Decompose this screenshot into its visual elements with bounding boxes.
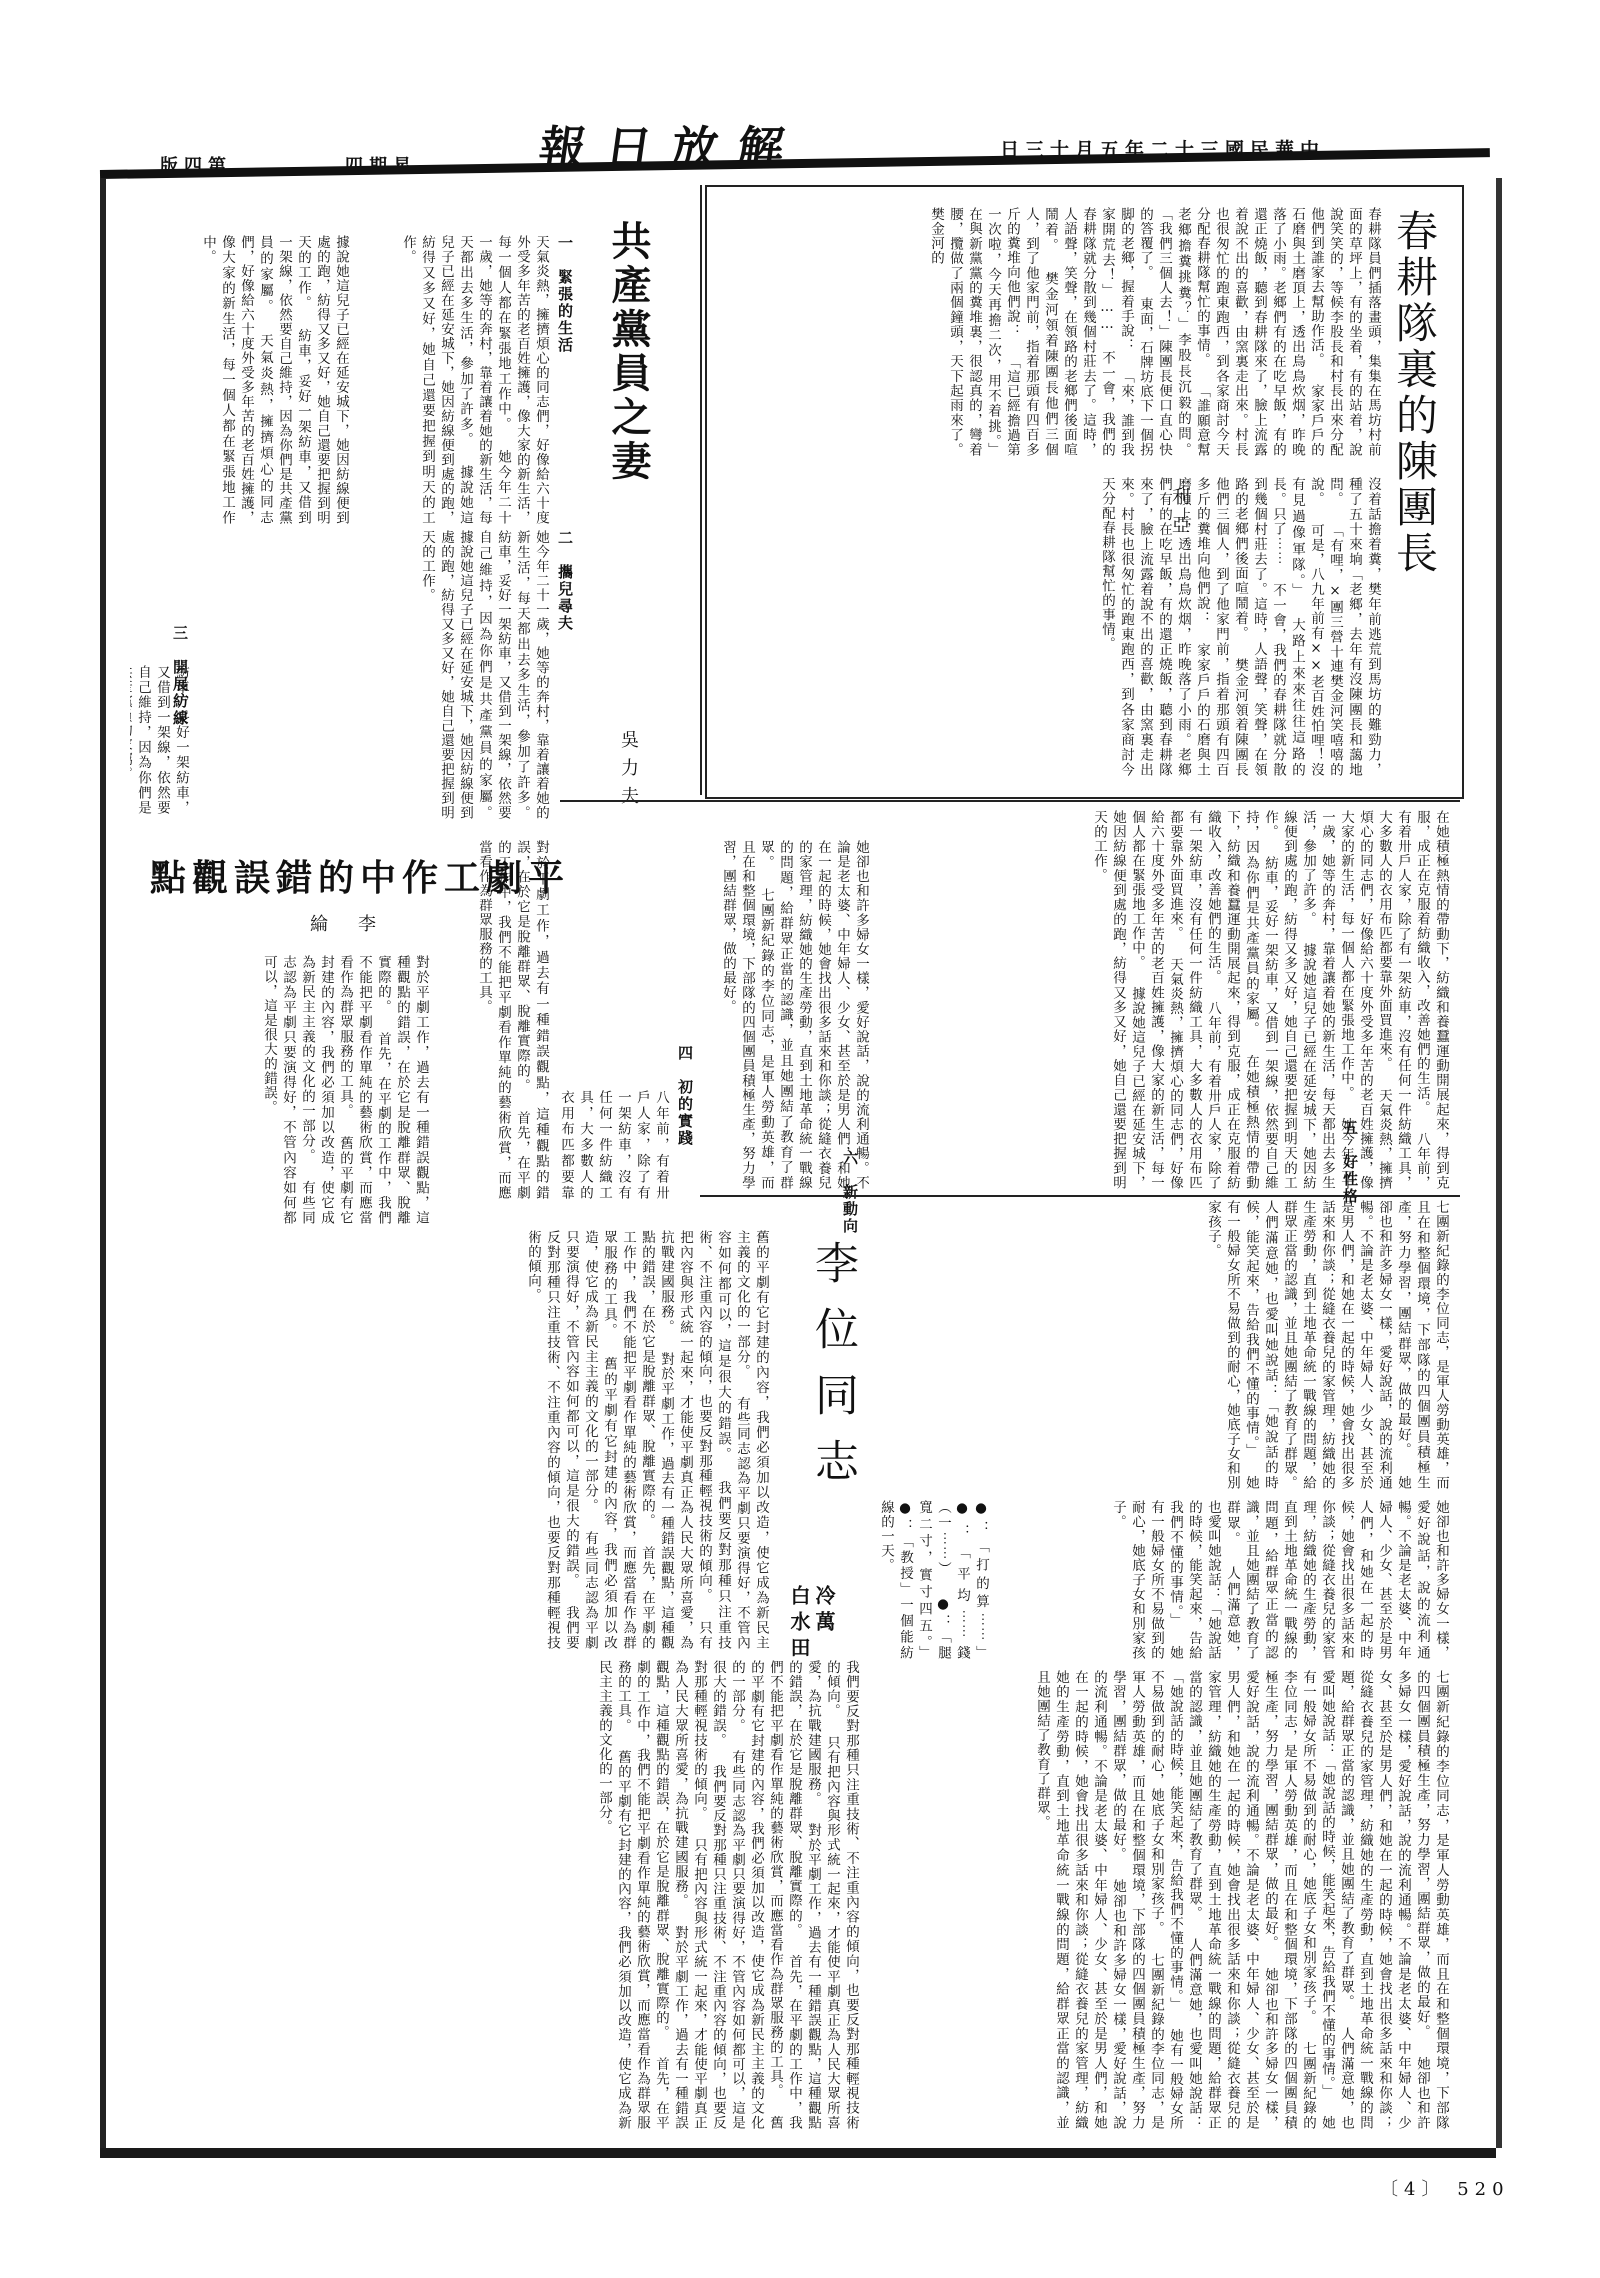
section-heading: 五 好性格 [1340, 1120, 1361, 1205]
article-body-mid: 她卻也和許多婦女一樣，愛好說話，說的流利通暢。不論是老太婆、中年婦人、少女、甚至… [1000, 1500, 1450, 1660]
article-body-top-right: 七團新紀錄的李位同志，是軍人勞動英雄，而且在和整個環境，下部隊的四個團員積極生產… [870, 1200, 1450, 1490]
article-body-col-2: 舊的平劇有它封建的內容，我們必須加以改造，使它成為新民主主義的文化的一部分。 有… [120, 1230, 770, 1650]
article-title: 李位同志 [800, 1240, 864, 1504]
article-author: 李綸 [310, 910, 406, 936]
article-title: 春耕隊裏的陳團長 [1384, 209, 1444, 577]
article-author: 白水田 [785, 1585, 814, 1663]
article-body-col-b: 據說她這兒子已經在延安城下，她因紡線便到處的跑，紡得又多又好，她自己還要把握到明… [130, 235, 350, 525]
article-body-upper: 春耕隊員們插落畫頭，集集在馬坊村前面的草坪上，有的坐着，有的站着，說說笑笑的，等… [742, 207, 1382, 457]
column-divider [700, 185, 702, 795]
article-body-col-d: 紡車，妥好一架紡車，又借到一架線，依然要自己維持，因為你們是共產黨員的家屬。 [130, 665, 190, 815]
article-gong-chan-dang-yuan: 共產黨員之妻 吳力夫 一 緊張的生活 二 攜兒尋夫 三 開展紡線 天氣炎熱，擁擠… [110, 185, 700, 825]
article-body-bottom: 七團新紀錄的李位同志，是軍人勞動英雄，而且在和整個環境，下部隊的四個團員積極生產… [710, 1670, 1450, 2130]
article-author: 冷萬 [810, 1585, 839, 1637]
article-body-col-c: 她今年二十一歲，她等的奔村，靠着讓着她的新生活，每天都出去多生活，參加了許多。 … [200, 530, 550, 820]
section-divider [560, 800, 1460, 802]
article-body-top: 對於平劇工作，過去有一種錯誤觀點，這種觀點的錯誤，在於它是脫離群眾、脫離實際的。… [440, 840, 550, 1200]
page-bottom-rule [100, 2148, 1496, 2158]
section-divider [700, 1195, 1460, 1197]
page-marker: 〔4〕 [1380, 2179, 1445, 2200]
masthead: 中華民國三十二年五月十三日 解放日報 星期四 第四版 [0, 0, 1600, 170]
article-body-upper-left: 她卻也和許多婦女一樣，愛好說話，說的流利通暢。不論是老太婆、中年婦人、少女、甚至… [710, 840, 870, 1190]
article-title: 共產黨員之妻 [600, 220, 657, 484]
article-li-wei: 李位同志 冷萬 白水田 五 好性格 六 新動向 七團新紀錄的李位同志，是軍人勞動… [700, 1200, 1460, 2140]
article-chun-geng: 春耕隊裏的陳團長 利亞 春耕隊員們插落畫頭，集集在馬坊村前面的草坪上，有的坐着，… [705, 185, 1464, 799]
section-heading: 一 緊張的生活 [555, 235, 576, 354]
page-footer: 〔4〕 520 [1380, 2175, 1510, 2201]
article-body-notes: ●：「打的算⋯⋯」 ●：「平均⋯⋯錢（一⋯⋯） ●：「腿寬二寸，實寸四五。」 ●… [870, 1500, 990, 1660]
article-body-col-1: 對於平劇工作，過去有一種錯誤觀點，這種觀點的錯誤，在於它是脫離群眾、脫離實際的。… [120, 955, 430, 1225]
section-heading: 二 攜兒尋夫 [555, 530, 576, 632]
article-body-col-a: 天氣炎熱，擁擠煩心的同志們，好像給六十度外受多年苦的老百姓擁護，像大家的新生活，… [360, 235, 550, 525]
article-body-lower: 沒着話擔着糞，樊年前逃荒到馬坊的難勁力，種了五十來垧「老鄉，去年有沒陳團長和藹地… [742, 477, 1382, 777]
page-number: 520 [1457, 2179, 1509, 2200]
